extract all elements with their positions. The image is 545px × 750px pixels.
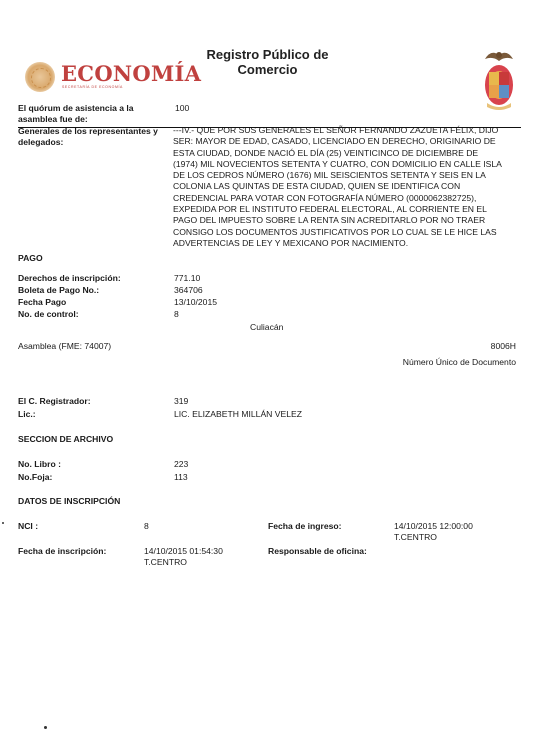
fecha-inscripcion-value: 14/10/2015 01:54:30 T.CENTRO	[144, 546, 223, 568]
generales-line: EXPEDIDA POR EL INSTITUTO FEDERAL ELECTO…	[173, 204, 523, 215]
economia-logo-subtitle: SECRETARÍA DE ECONOMÍA	[62, 85, 123, 89]
libro-label: No. Libro :	[18, 459, 61, 470]
control-value: 8	[174, 309, 179, 320]
title-line-2: Comercio	[190, 62, 345, 77]
libro-value: 223	[174, 459, 188, 470]
generales-line: CREDENCIAL PARA VOTAR CON FOTOGRAFÍA NÚM…	[173, 193, 523, 204]
derechos-label: Derechos de inscripción:	[18, 273, 121, 284]
nud-value: 8006H	[491, 341, 516, 352]
quorum-value: 100	[175, 103, 189, 114]
control-label: No. de control:	[18, 309, 79, 320]
foja-value: 113	[174, 472, 188, 483]
fecha-ingreso-value: 14/10/2015 12:00:00 T.CENTRO	[394, 521, 473, 543]
lic-value: LIC. ELIZABETH MILLÁN VELEZ	[174, 409, 302, 420]
nud-label: Número Único de Documento	[403, 357, 516, 368]
registrador-value: 319	[174, 396, 188, 407]
boleta-value: 364706	[174, 285, 203, 296]
archivo-heading: SECCION DE ARCHIVO	[18, 434, 113, 444]
economia-logo-text: ECONOMÍA	[61, 61, 201, 86]
quorum-label-line-2: asamblea fue de:	[18, 114, 134, 125]
acto-type: Asamblea (FME: 74007)	[18, 341, 111, 352]
fecha-pago-label: Fecha Pago	[18, 297, 66, 308]
quorum-label-line-1: El quórum de asistencia a la	[18, 103, 134, 114]
generales-label: Generales de los representantes y delega…	[18, 126, 158, 148]
fecha-ingreso-label: Fecha de ingreso:	[268, 521, 342, 532]
strike-through-line	[18, 127, 521, 128]
generales-text: ---IV.- QUE POR SUS GENERALES EL SEÑOR F…	[173, 125, 523, 249]
generales-line: ADVERTENCIAS DE LEY Y MEXICANO POR NACIM…	[173, 238, 523, 249]
lic-label: Lic.:	[18, 409, 36, 420]
title-line-1: Registro Público de	[190, 47, 345, 62]
fecha-inscripcion-datetime: 14/10/2015 01:54:30	[144, 546, 223, 557]
sinaloa-coat-of-arms-icon	[481, 45, 517, 111]
city-text: Culiacán	[250, 322, 283, 333]
generales-line: CONSIGO LOS DOCUMENTOS JUSTIFICATIVOS PO…	[173, 227, 523, 238]
derechos-value: 771.10	[174, 273, 200, 284]
generales-line: DE LOS CEDROS NÚMERO (1676) MIL SEISCIEN…	[173, 170, 523, 181]
fecha-ingreso-zone: T.CENTRO	[394, 532, 473, 543]
page-title: Registro Público de Comercio	[190, 47, 345, 77]
quorum-label: El quórum de asistencia a la asamblea fu…	[18, 103, 134, 125]
nci-label: NCI :	[18, 521, 38, 532]
pago-heading: PAGO	[18, 253, 43, 263]
responsable-label: Responsable de oficina:	[268, 546, 367, 557]
fecha-ingreso-datetime: 14/10/2015 12:00:00	[394, 521, 473, 532]
generales-line: (1974) MIL NOVECIENTOS SETENTA Y CUATRO,…	[173, 159, 523, 170]
inscripcion-heading: DATOS DE INSCRIPCIÓN	[18, 496, 120, 506]
nci-value: 8	[144, 521, 149, 532]
generales-line: PAGO DEL IMPUESTO SOBRE LA RENTA SIN ACR…	[173, 215, 523, 226]
scan-speck	[44, 726, 47, 729]
fecha-inscripcion-zone: T.CENTRO	[144, 557, 223, 568]
fecha-pago-value: 13/10/2015	[174, 297, 217, 308]
foja-label: No.Foja:	[18, 472, 52, 483]
generales-line: COLONIA LAS QUINTAS DE ESTA CIUDAD, QUIE…	[173, 181, 523, 192]
fecha-inscripcion-label: Fecha de inscripción:	[18, 546, 106, 557]
boleta-label: Boleta de Pago No.:	[18, 285, 99, 296]
generales-line: SER: MAYOR DE EDAD, CASADO, LICENCIADO E…	[173, 136, 523, 147]
economia-seal-icon	[25, 62, 55, 92]
generales-line: ESTA CIUDAD, DONDE NACIÓ EL DÍA (25) VEI…	[173, 148, 523, 159]
generales-label-line-2: delegados:	[18, 137, 158, 148]
scan-speck	[2, 522, 4, 524]
registrador-label: El C. Registrador:	[18, 396, 91, 407]
